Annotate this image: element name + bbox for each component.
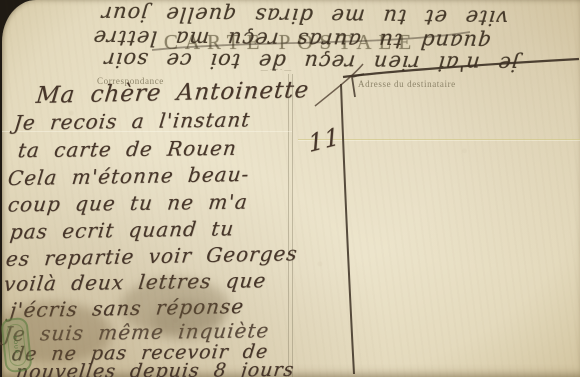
addressee-label: Adresse du destinataire (358, 79, 456, 89)
message-line: Je recois a l'instant (13, 107, 252, 134)
hand-drawn-divider-stroke (341, 84, 354, 374)
postcard-back: CARTE POSTALE Correspondance Adresse du … (2, 0, 580, 377)
message-line: es repartie voir Georges (5, 241, 299, 271)
printed-divider-line (288, 74, 293, 377)
postage-stamp: BOUR (0, 317, 32, 374)
ink-smudge (152, 300, 222, 340)
message-line: ta carte de Rouen (17, 136, 239, 162)
address-column-mark: 11 (307, 122, 342, 158)
message-line: Ma chère Antoinette (35, 77, 311, 109)
message-line: coup que tu ne m'a (7, 190, 250, 217)
message-line: Cela m'étonne beau- (7, 162, 251, 190)
inverted-note-line: je n'ai rien reçu de toi ce soir (41, 47, 580, 77)
postcard-scan: CARTE POSTALE Correspondance Adresse du … (0, 0, 580, 377)
message-line: pas ecrit quand tu (9, 216, 236, 244)
